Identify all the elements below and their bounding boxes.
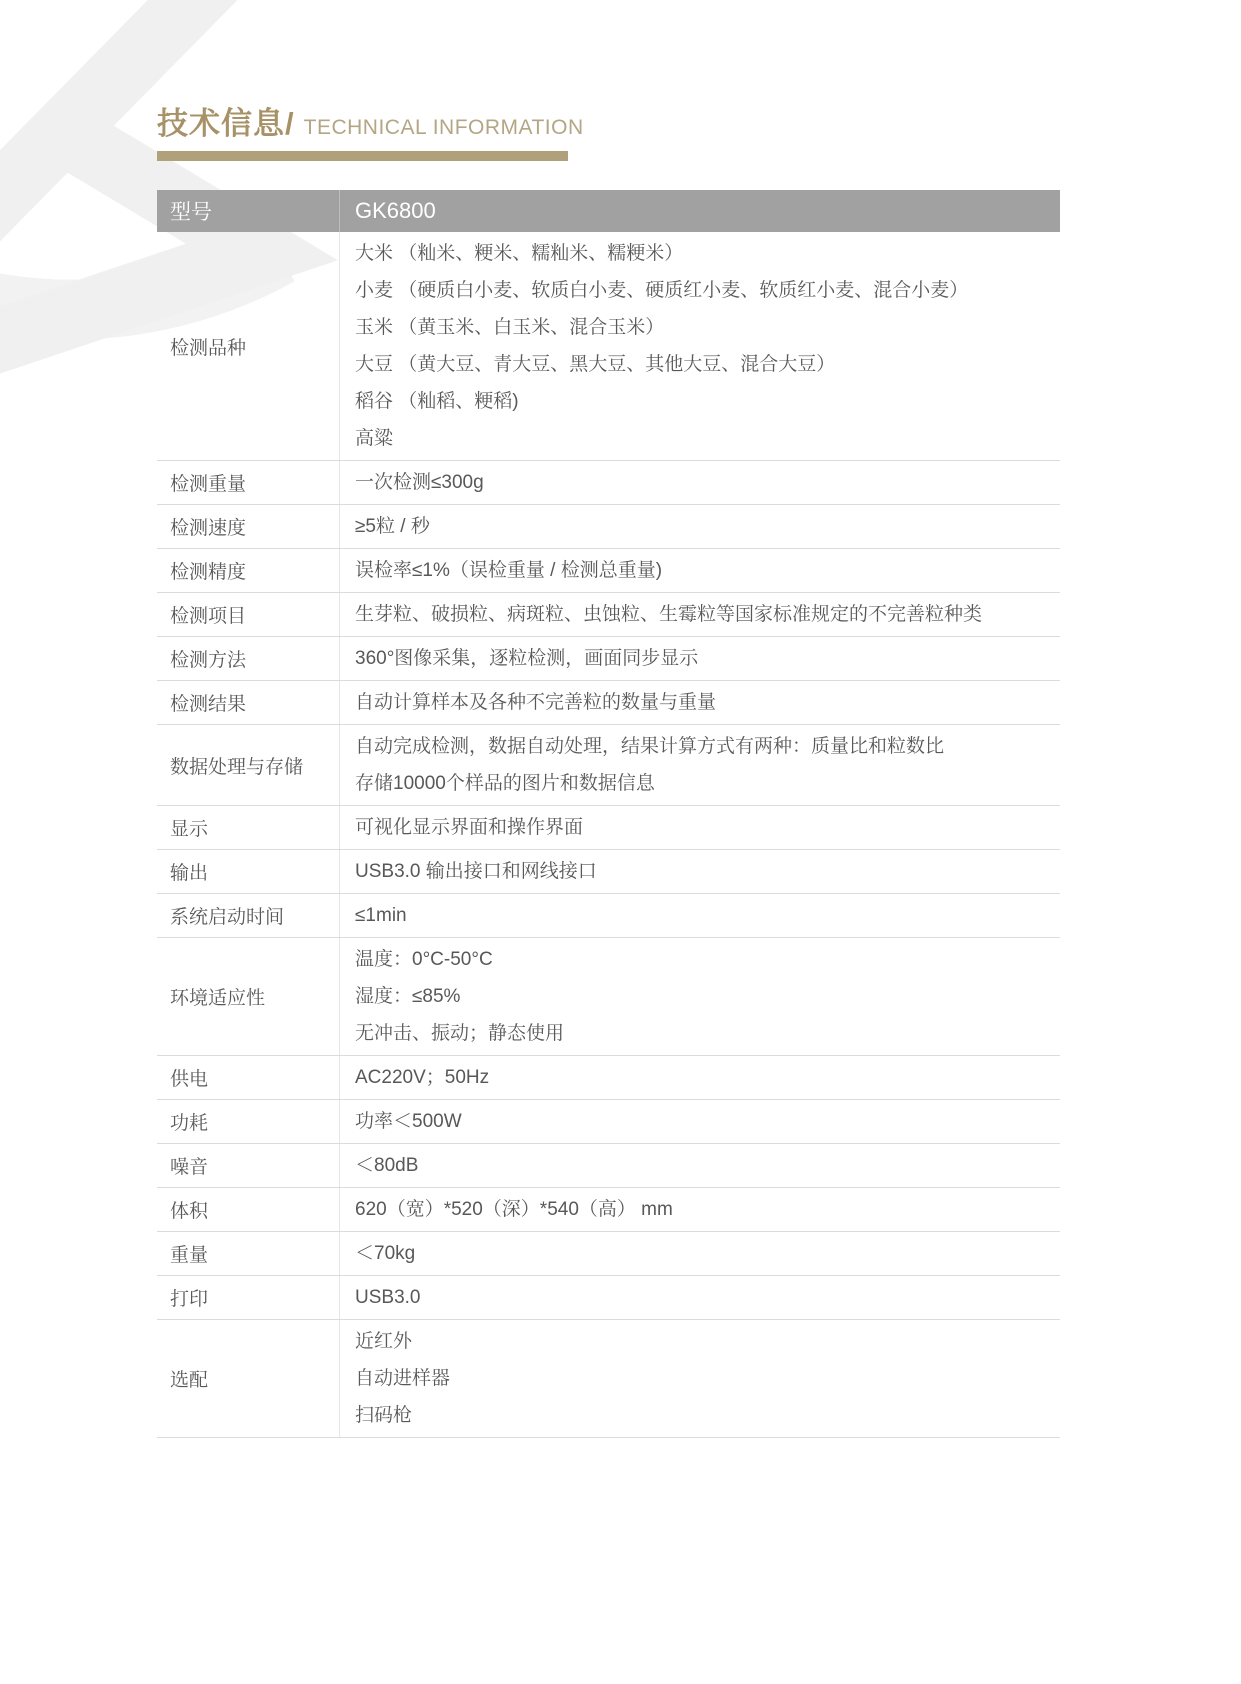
table-row: 选配 近红外 自动进样器 扫码枪	[157, 1320, 1060, 1438]
table-row: 检测重量 一次检测≤300g	[157, 461, 1060, 505]
table-row: 检测方法 360°图像采集，逐粒检测，画面同步显示	[157, 637, 1060, 681]
spec-value-cell: ≤1min	[340, 894, 1060, 937]
table-row: 环境适应性 温度：0°C-50°C 湿度：≤85% 无冲击、振动；静态使用	[157, 938, 1060, 1056]
spec-name-cell: 检测项目	[157, 593, 340, 636]
spec-name-cell: 选配	[157, 1320, 340, 1437]
spec-name-cell: 打印	[157, 1276, 340, 1319]
section-title-block: 技术信息/ TECHNICAL INFORMATION	[157, 98, 584, 161]
spec-name-cell: 重量	[157, 1232, 340, 1275]
spec-value-cell: ＜80dB	[340, 1144, 1060, 1187]
spec-value-cell: AC220V；50Hz	[340, 1056, 1060, 1099]
spec-value-cell: 功率＜500W	[340, 1100, 1060, 1143]
table-row: 检测精度 误检率≤1%（误检重量 / 检测总重量)	[157, 549, 1060, 593]
spec-name-cell: 功耗	[157, 1100, 340, 1143]
spec-name-cell: 检测品种	[157, 232, 340, 460]
spec-name-cell: 体积	[157, 1188, 340, 1231]
spec-name-cell: 检测方法	[157, 637, 340, 680]
spec-name-cell: 检测精度	[157, 549, 340, 592]
spec-name-cell: 检测速度	[157, 505, 340, 548]
spec-value-cell: 一次检测≤300g	[340, 461, 1060, 504]
spec-name-cell: 环境适应性	[157, 938, 340, 1055]
table-row: 检测品种 大米 （籼米、粳米、糯籼米、糯粳米） 小麦 （硬质白小麦、软质白小麦、…	[157, 232, 1060, 461]
spec-value-cell: ≥5粒 / 秒	[340, 505, 1060, 548]
table-row: 噪音 ＜80dB	[157, 1144, 1060, 1188]
table-body: 检测品种 大米 （籼米、粳米、糯籼米、糯粳米） 小麦 （硬质白小麦、软质白小麦、…	[157, 232, 1060, 1438]
spec-value-cell: ＜70kg	[340, 1232, 1060, 1275]
table-row: 检测项目 生芽粒、破损粒、病斑粒、虫蚀粒、生霉粒等国家标准规定的不完善粒种类	[157, 593, 1060, 637]
spec-value-cell: 自动计算样本及各种不完善粒的数量与重量	[340, 681, 1060, 724]
spec-value-cell: 误检率≤1%（误检重量 / 检测总重量)	[340, 549, 1060, 592]
section-title-line: 技术信息/ TECHNICAL INFORMATION	[157, 98, 584, 143]
table-row: 检测结果 自动计算样本及各种不完善粒的数量与重量	[157, 681, 1060, 725]
title-underline-bar	[157, 151, 568, 161]
table-row: 数据处理与存储 自动完成检测，数据自动处理，结果计算方式有两种：质量比和粒数比 …	[157, 725, 1060, 806]
spec-table: 型号 GK6800 检测品种 大米 （籼米、粳米、糯籼米、糯粳米） 小麦 （硬质…	[157, 190, 1060, 1438]
spec-value-cell: 生芽粒、破损粒、病斑粒、虫蚀粒、生霉粒等国家标准规定的不完善粒种类	[340, 593, 1060, 636]
table-row: 输出 USB3.0 输出接口和网线接口	[157, 850, 1060, 894]
spec-value-cell: USB3.0	[340, 1276, 1060, 1319]
spec-name-cell: 显示	[157, 806, 340, 849]
page-title-zh: 技术信息/	[157, 98, 295, 143]
spec-name-cell: 输出	[157, 850, 340, 893]
spec-name-cell: 检测重量	[157, 461, 340, 504]
page-title-en: TECHNICAL INFORMATION	[304, 116, 584, 140]
spec-value-cell: 620（宽）*520（深）*540（高） mm	[340, 1188, 1060, 1231]
spec-value-cell: 温度：0°C-50°C 湿度：≤85% 无冲击、振动；静态使用	[340, 938, 1060, 1055]
spec-name-cell: 噪音	[157, 1144, 340, 1187]
table-row: 显示 可视化显示界面和操作界面	[157, 806, 1060, 850]
table-row: 系统启动时间 ≤1min	[157, 894, 1060, 938]
model-header-value: GK6800	[340, 190, 1060, 232]
spec-value-cell: 大米 （籼米、粳米、糯籼米、糯粳米） 小麦 （硬质白小麦、软质白小麦、硬质红小麦…	[340, 232, 1060, 460]
spec-value-cell: USB3.0 输出接口和网线接口	[340, 850, 1060, 893]
spec-value-cell: 近红外 自动进样器 扫码枪	[340, 1320, 1060, 1437]
table-row: 体积 620（宽）*520（深）*540（高） mm	[157, 1188, 1060, 1232]
spec-value-cell: 自动完成检测，数据自动处理，结果计算方式有两种：质量比和粒数比 存储10000个…	[340, 725, 1060, 805]
table-row: 供电 AC220V；50Hz	[157, 1056, 1060, 1100]
spec-name-cell: 供电	[157, 1056, 340, 1099]
table-header-row: 型号 GK6800	[157, 190, 1060, 232]
spec-name-cell: 系统启动时间	[157, 894, 340, 937]
spec-sheet-page: 技术信息/ TECHNICAL INFORMATION 型号 GK6800 检测…	[0, 0, 1241, 1684]
spec-value-cell: 可视化显示界面和操作界面	[340, 806, 1060, 849]
table-row: 检测速度 ≥5粒 / 秒	[157, 505, 1060, 549]
spec-value-cell: 360°图像采集，逐粒检测，画面同步显示	[340, 637, 1060, 680]
table-row: 功耗 功率＜500W	[157, 1100, 1060, 1144]
table-row: 打印 USB3.0	[157, 1276, 1060, 1320]
model-header-label: 型号	[157, 190, 340, 232]
spec-name-cell: 检测结果	[157, 681, 340, 724]
spec-name-cell: 数据处理与存储	[157, 725, 340, 805]
table-row: 重量 ＜70kg	[157, 1232, 1060, 1276]
